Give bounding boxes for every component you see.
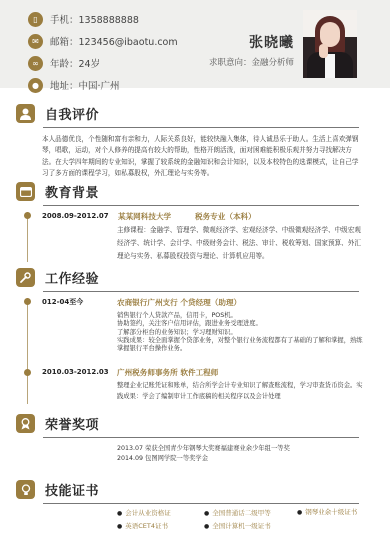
contact-age-text: 年龄：24岁 xyxy=(50,56,100,70)
profile-photo xyxy=(303,10,357,78)
skill-label: 会计从业资格证 xyxy=(125,509,171,517)
graduation-icon xyxy=(16,182,35,201)
self-eval-text: 本人品德优良，个性随和富有亲和力，人际关系良好，能较快融入集体，待人诚恳乐于助人… xyxy=(42,134,360,179)
education-major: 税务专业（本科） xyxy=(195,211,256,222)
candidate-name: 张晓曦 xyxy=(209,32,294,52)
work-divider xyxy=(43,291,359,292)
section-self-eval: 自我评价 本人品德优良，个性随和富有亲和力，人际关系良好，能较快融入集体，待人诚… xyxy=(0,104,390,174)
work-heading: 工作经验 xyxy=(16,268,99,287)
skill-item: ●全国计算机一级证书 xyxy=(204,520,271,533)
skill-item: ●英语CET4证书 xyxy=(117,520,171,533)
education-school: 某某网科技大学 xyxy=(118,211,171,222)
honor-item: 2013.07 荣获全国青少年钢琴大奖赛福建赛业余少年组一等奖 xyxy=(117,444,367,454)
lightbulb-icon xyxy=(16,480,35,499)
work-desc-1: 销售银行个人贷款产品，信用卡，POS机。 协助签约，关注客户信用评估，跟进业务受… xyxy=(117,312,367,353)
work-desc-2: 整理企业记账凭证和账单，结合所学会计专业知识了解查账流程，学习审查货币资金。实践… xyxy=(117,380,365,402)
honors-list: 2013.07 荣获全国青少年钢琴大奖赛福建赛业余少年组一等奖 2014.09 … xyxy=(117,444,367,463)
honor-item: 2014.09 包图网学院一等奖学金 xyxy=(117,454,367,464)
self-eval-title: 自我评价 xyxy=(45,104,99,123)
contact-age: ∞ 年龄：24岁 xyxy=(28,54,178,72)
work-title: 工作经验 xyxy=(45,268,99,287)
contact-address-text: 地址：中国·广州 xyxy=(50,78,120,92)
skill-label: 全国计算机一级证书 xyxy=(212,522,271,530)
skills-column-1: ●会计从业资格证 ●英语CET4证书 xyxy=(117,507,171,533)
job-intent: 求职意向：金融分析师 xyxy=(209,56,294,68)
award-icon xyxy=(16,414,35,433)
skill-item: ●全国普通话二级甲等 xyxy=(204,507,271,520)
work-title-2: 广州税务师事务所 软件工程师 xyxy=(117,367,218,378)
work-timeline xyxy=(27,298,28,404)
skill-item: ●会计从业资格证 xyxy=(117,507,171,520)
self-eval-heading: 自我评价 xyxy=(16,104,99,123)
education-date: 2008.09-2012.07 xyxy=(42,212,109,220)
education-timeline xyxy=(27,212,28,262)
skill-item: ●钢琴业余十级证书 xyxy=(297,506,357,519)
skill-label: 英语CET4证书 xyxy=(125,522,168,530)
skill-label: 钢琴业余十级证书 xyxy=(305,508,357,516)
contact-address: ● 地址：中国·广州 xyxy=(28,76,178,94)
skills-column-3: ●钢琴业余十级证书 xyxy=(297,506,357,519)
work-date-2: 2010.03-2012.03 xyxy=(42,368,109,376)
education-dot xyxy=(24,212,31,219)
wrench-icon xyxy=(16,268,35,287)
email-icon: ✉ xyxy=(28,34,43,49)
contact-email: ✉ 邮箱：123456@ibaotu.com xyxy=(28,32,178,50)
education-heading: 教育背景 xyxy=(16,182,99,201)
link-icon: ∞ xyxy=(28,56,43,71)
resume-header: ▯ 手机：1358888888 ✉ 邮箱：123456@ibaotu.com ∞… xyxy=(0,0,390,88)
name-block: 张晓曦 求职意向：金融分析师 xyxy=(209,32,294,68)
honors-title: 荣誉奖项 xyxy=(45,414,99,433)
self-eval-divider xyxy=(43,127,359,128)
bullet-icon: ● xyxy=(204,523,209,530)
education-divider xyxy=(43,205,359,206)
section-honors: 荣誉奖项 2013.07 荣获全国青少年钢琴大奖赛福建赛业余少年组一等奖 201… xyxy=(0,414,390,464)
honors-divider xyxy=(43,437,359,438)
section-work: 工作经验 xyxy=(0,268,390,298)
bullet-icon: ● xyxy=(297,509,302,516)
skill-label: 全国普通话二级甲等 xyxy=(212,509,271,517)
work-desc-1-line: 了解部分柜台的业务知识；学习理财知识。 xyxy=(117,329,367,337)
honors-heading: 荣誉奖项 xyxy=(16,414,99,433)
education-desc: 主修课程：金融学、管理学、微观经济学、宏观经济学、中级微观经济学、中级宏观经济学… xyxy=(117,224,367,263)
work-title-1: 农商银行广州支行 个贷经理（助理） xyxy=(117,297,241,308)
contact-email-text: 邮箱：123456@ibaotu.com xyxy=(50,34,178,48)
skills-divider xyxy=(43,503,359,504)
contact-phone-text: 手机：1358888888 xyxy=(50,12,139,26)
bullet-icon: ● xyxy=(204,510,209,517)
section-skills: 技能证书 ●会计从业资格证 ●英语CET4证书 ●全国普通话二级甲等 ●全国计算… xyxy=(0,480,390,550)
skills-title: 技能证书 xyxy=(45,480,99,499)
contact-list: ▯ 手机：1358888888 ✉ 邮箱：123456@ibaotu.com ∞… xyxy=(28,10,178,98)
user-icon xyxy=(16,104,35,123)
work-dot-1 xyxy=(24,298,31,305)
location-icon: ● xyxy=(28,78,43,93)
work-desc-1-line: 实践成果：较全面掌握个贷部业务，对整个银行业务流程都有了基础的了解和掌握，熟练掌… xyxy=(117,337,367,354)
work-dot-2 xyxy=(24,369,31,376)
phone-icon: ▯ xyxy=(28,12,43,27)
photo-hand xyxy=(319,44,328,58)
skills-heading: 技能证书 xyxy=(16,480,99,499)
bullet-icon: ● xyxy=(117,510,122,517)
contact-phone: ▯ 手机：1358888888 xyxy=(28,10,178,28)
education-title: 教育背景 xyxy=(45,182,99,201)
work-desc-1-line: 协助签约，关注客户信用评估，跟进业务受理进度。 xyxy=(117,320,367,328)
skills-column-2: ●全国普通话二级甲等 ●全国计算机一级证书 xyxy=(204,507,271,533)
work-date-1: 012-04至今 xyxy=(42,297,83,307)
photo-shirt xyxy=(325,54,335,78)
bullet-icon: ● xyxy=(117,523,122,530)
